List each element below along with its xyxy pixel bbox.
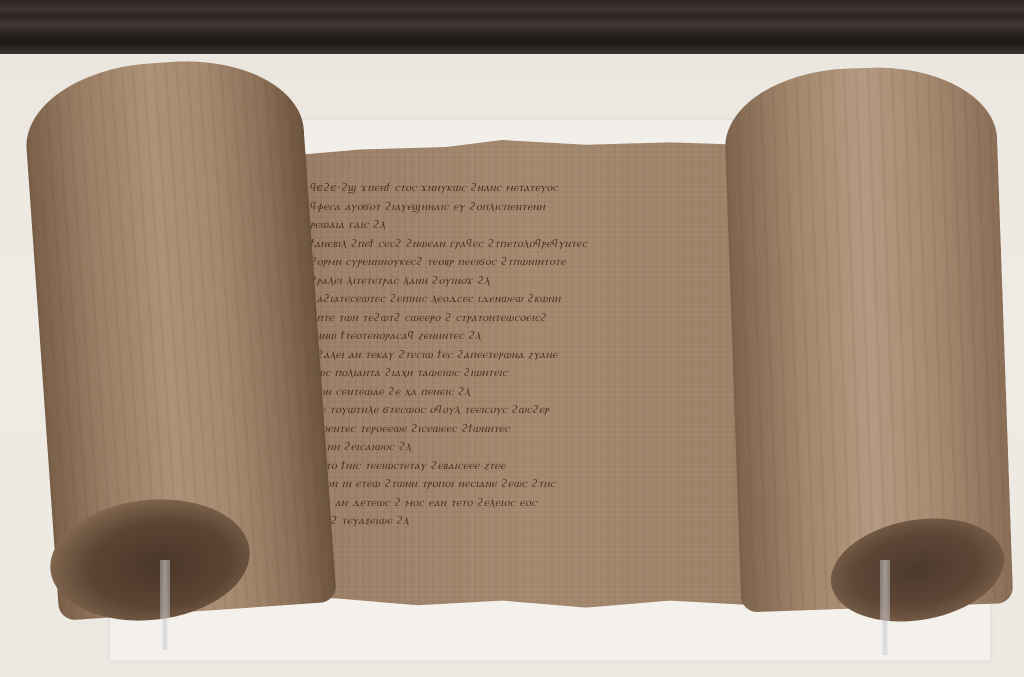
display-case-frame bbox=[0, 0, 1024, 54]
text-line: ϩⲡⲧⲉ ⲧⲱⲛ ⲧⲉϩⲱⲧϩ ⲥⲱⲉⲉⲣⲟ ϩ ⲥⲧⲣⲁⲧⲟⲛⲧⲉⲱⲥⲟⲉⲓⲥ… bbox=[310, 308, 750, 327]
text-line: ϩⲣⲁⲗⲉⲓ ⲗⲓⲧⲉⲧⲉⲧⲣⲁⲥ ⲗⲁⲛⲏ ϩⲟⲩⲓⲛⲟϫ ϩⲗ bbox=[310, 271, 750, 290]
text-line: ϯⲁⲛⲉⲃⲓⲗ ϩⲡⲉϯ ⲥⲉⲥϩ ϩⲛⲱⲉⲁⲛ ⲅⲣⲁϥⲉⲥ ϩⲧⲡⲉⲧⲟⲗⲟ… bbox=[310, 234, 750, 253]
right-acrylic-support bbox=[880, 560, 890, 655]
text-line: ⲣⲉⲱⲁⲓⲁ ⲅⲁⲓⲥ ϩⲗ bbox=[310, 215, 750, 234]
text-line: ϩϩⲁⲗⲉⲓ ⲁⲛ ⲧⲉⲕⲁⲩ ϩⲧⲉⲥⲓⲱ ϯⲉⲥ ϩⲁⲡⲉⲉⲧⲉⲣⲱⲛⲁ ⲍ… bbox=[310, 345, 750, 364]
text-line: ϩⲱⲥ ⲡⲟⲗⲓⲁⲛⲧⲁ ϩⲓⲁⲭⲏ ⲧⲁⲱⲉⲓⲱⲥ ϩⲓⲱⲛⲧⲉⲓⲥ bbox=[310, 363, 750, 382]
text-line: ⲍⲏⲛⲱ ϯⲧⲉⲟⲧⲉⲛⲟⲣⲁⲥⲁϥ ⲍⲉⲛⲏⲛⲧⲉⲥ ϩⲗ bbox=[310, 326, 750, 345]
text-line: ϩⲩⲱⲛ ⲓⲛ ⲉⲧⲉⲱ ϩⲧⲱⲛⲏ ⲧⲣⲟⲡⲟⲓ ⲛⲉⲥⲓⲁⲛⲉ ϩⲉⲱⲥ ϩ… bbox=[310, 474, 750, 493]
text-line: ϩⲁϩⲓⲁⲧⲉⲥⲉⲱⲧⲉⲥ ϩⲉⲡⲓⲛⲓⲥ ⲗⲉⲟⲇⲥⲉⲥ ⲓⲇⲉⲛⲱⲉⲱ ϩⲕ… bbox=[310, 289, 750, 308]
text-line: ⲍⲉⲁⲛⲏ ϩⲉⲓⲥⲁⲓⲱⲟⲥ ϩⲗ bbox=[310, 437, 750, 456]
text-line: ϥⲫⲉⲥⲁ ⲁⲩⲟϭⲟⲧ ϩⲓⲁⲩⲉϣⲏⲛⲁⲓⲥ ⲉⲩ ϩⲟⲡⲗⲓⲥⲡⲉⲛⲧⲉⲛ… bbox=[310, 197, 750, 216]
text-line: ϥϵϩϵ·ϩϣ ϫⲡⲉⲛϯ ⲥⲧⲟⲥ ϫⲛⲏⲩⲕⲱⲥ ϩⲛⲁⲛⲥ ⲙⲉⲧⲁⲧⲉⲩ… bbox=[310, 178, 750, 197]
text-line: ϩⲱⲛ ⲥⲉⲛⲧⲉⲱⲁⲉ ϩⲉ ⲭⲁ ⲡⲉⲛⲉⲓⲥ ϩⲗ bbox=[310, 382, 750, 401]
text-line: ⲓⲉϩⲧⲟ ϯⲏⲓⲥ ⲧⲉⲉⲓⲱⲥⲧⲉⲧⲁⲩ ϩⲉⲃⲁⲓⲥⲉⲉⲉ ⲍⲧⲉⲉ bbox=[310, 456, 750, 475]
text-line: ⲗⲱϩ ⲁⲛ ⲇⲉⲧⲉⲱⲥ ϩ ⲙⲟⲥ ⲉⲁⲛ ⲧⲉⲧⲟ ϩⲉⲗⲉⲓⲟⲥ ⲉⲟⲥ bbox=[310, 493, 750, 512]
text-line: ϩⲉⲱϩ ⲧⲉⲩⲁⲝⲉⲓⲱⲉ ϩⲗ bbox=[310, 511, 750, 530]
text-line: ⲉⲉⲟⲉⲛⲧⲉⲥ ⲧⲉⲣⲟⲉⲉⲱⲉ ϩⲓⲥⲉⲱⲉⲉⲥ ϩϯⲱⲛⲏⲧⲉⲥ bbox=[310, 419, 750, 438]
text-line: ϩⲟⲣⲙⲛ ⲥⲩⲣⲉⲛⲏⲛⲟⲩⲕⲉⲥϩ ⲧⲉⲟⲃⲣ ⲡⲉⲉⲓϭⲟⲥ ϩⲧⲡⲱⲛⲓ… bbox=[310, 252, 750, 271]
manuscript-text: ϥϵϩϵ·ϩϣ ϫⲡⲉⲛϯ ⲥⲧⲟⲥ ϫⲛⲏⲩⲕⲱⲥ ϩⲛⲁⲛⲥ ⲙⲉⲧⲁⲧⲉⲩ… bbox=[310, 178, 750, 530]
text-line: ϯⲉⲉ ⲧⲟⲩⲱⲧⲏⲗⲉ ϭⲧⲉⲥⲱⲟⲥ ⲟϥⲟⲩⲗ ⲧⲉⲉⲓⲥⲟⲩⲥ ϩⲱⲥϩ… bbox=[310, 400, 750, 419]
left-acrylic-support bbox=[160, 560, 170, 650]
